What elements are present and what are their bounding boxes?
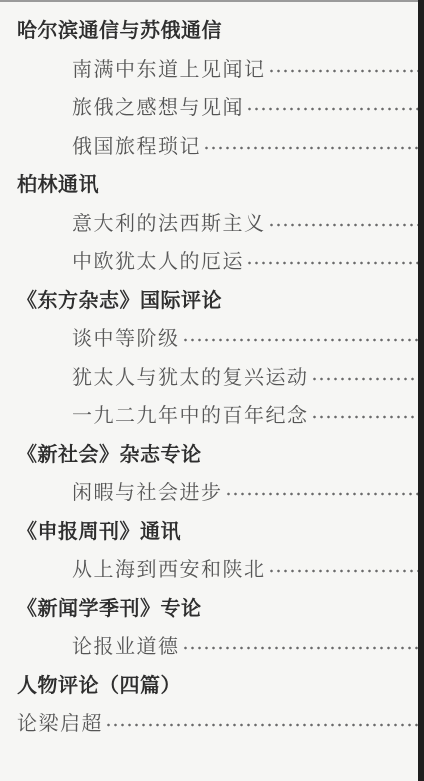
toc-section-heading: 《新社会》杂志专论 [0,435,418,474]
entry-title: 旅俄之感想与见闻 [72,88,244,127]
toc-section-heading: 柏林通讯 [0,165,418,204]
toc-section-heading: 《申报周刊》通讯 [0,512,418,551]
entry-title: 南满中东道上见闻记 [72,50,266,89]
entry-title: 一九二九年中的百年纪念 [72,396,309,435]
dot-leader [246,107,418,111]
toc-entry[interactable]: 意大利的法西斯主义 [0,204,418,243]
toc-section-heading: 《新闻学季刊》专论 [0,589,418,628]
toc-entry[interactable]: 论报业道德 [0,627,418,666]
entry-title: 论梁启超 [17,704,103,743]
entry-title: 谈中等阶级 [72,319,180,358]
entry-title: 中欧犹太人的厄运 [72,242,244,281]
toc-section-heading: 人物评论（四篇） [0,666,418,705]
toc-entry[interactable]: 犹太人与犹太的复兴运动 [0,358,418,397]
dot-leader [105,723,418,727]
toc-section-heading: 《东方杂志》国际评论 [0,281,418,320]
dot-leader [311,415,419,419]
toc-entry[interactable]: 从上海到西安和陕北 [0,550,418,589]
toc-entry[interactable]: 南满中东道上见闻记 [0,50,418,89]
entry-title: 意大利的法西斯主义 [72,204,266,243]
section-title: 哈尔滨通信与苏俄通信 [17,11,222,50]
dot-leader [182,338,419,342]
dot-leader [268,69,419,73]
entry-title: 论报业道德 [72,627,180,666]
toc-entry[interactable]: 一九二九年中的百年纪念 [0,396,418,435]
toc-entry[interactable]: 旅俄之感想与见闻 [0,88,418,127]
entry-title: 从上海到西安和陕北 [72,550,266,589]
section-title: 《申报周刊》通讯 [17,512,181,551]
section-title: 人物评论（四篇） [17,666,181,705]
section-title: 《新社会》杂志专论 [17,435,202,474]
section-title: 《新闻学季刊》专论 [17,589,202,628]
toc-entry[interactable]: 论梁启超 [0,704,418,743]
entry-title: 犹太人与犹太的复兴运动 [72,358,309,397]
dot-leader [225,492,419,496]
dot-leader [268,223,419,227]
dot-leader [311,377,419,381]
table-of-contents: 哈尔滨通信与苏俄通信 南满中东道上见闻记 旅俄之感想与见闻 俄国旅程琐记 柏林通… [0,11,418,743]
dot-leader [182,646,419,650]
toc-entry[interactable]: 谈中等阶级 [0,319,418,358]
toc-entry[interactable]: 俄国旅程琐记 [0,127,418,166]
toc-entry[interactable]: 闲暇与社会进步 [0,473,418,512]
dot-leader [246,261,418,265]
entry-title: 闲暇与社会进步 [72,473,223,512]
dot-leader [268,569,419,573]
dot-leader [203,146,418,150]
section-title: 《东方杂志》国际评论 [17,281,222,320]
toc-section-heading: 哈尔滨通信与苏俄通信 [0,11,418,50]
section-title: 柏林通讯 [17,165,99,204]
entry-title: 俄国旅程琐记 [72,127,201,166]
toc-entry[interactable]: 中欧犹太人的厄运 [0,242,418,281]
page-edge [418,0,424,781]
top-rule [0,0,424,2]
